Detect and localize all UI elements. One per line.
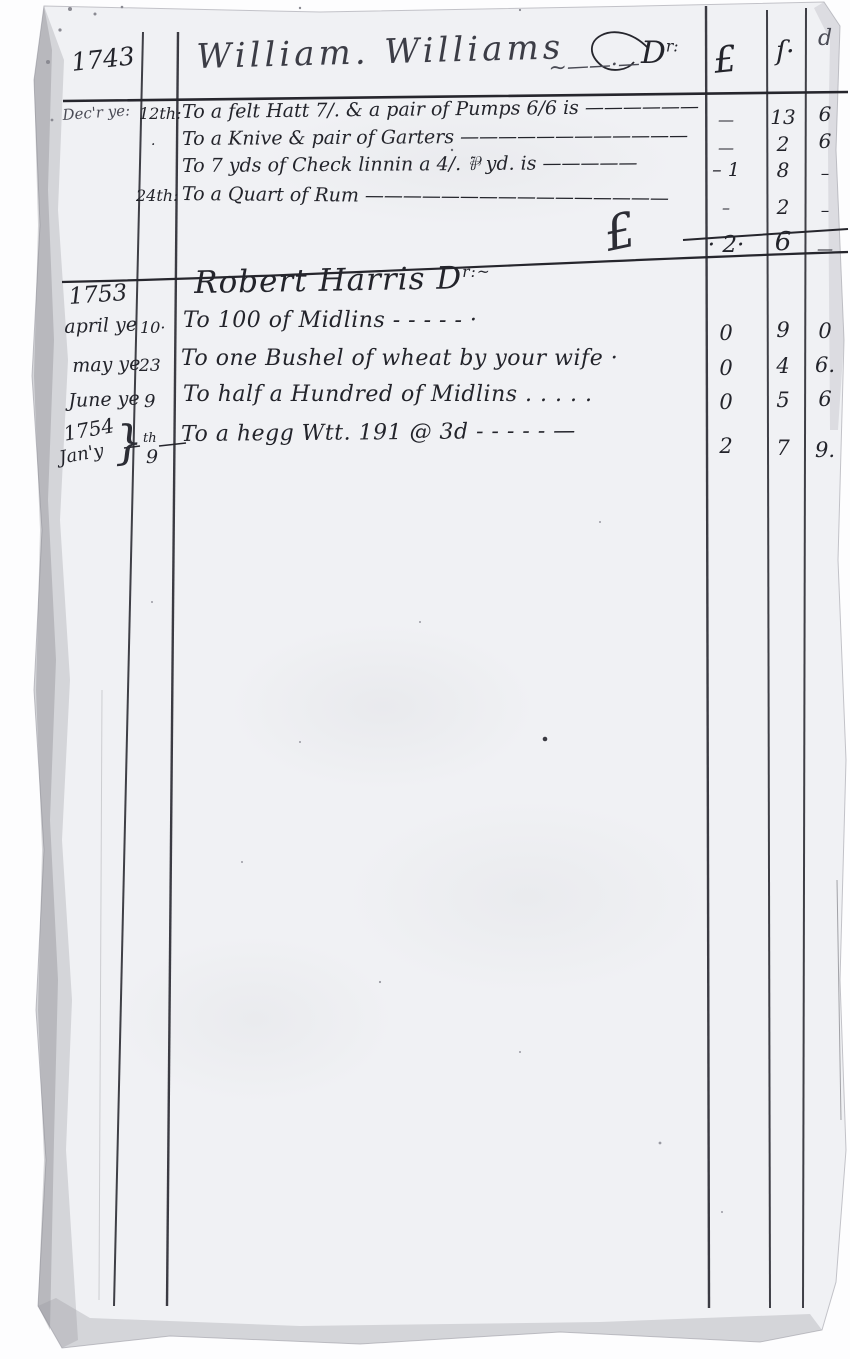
entry-month: Dec'r ye:: [62, 103, 131, 123]
header-year: 1743: [70, 43, 136, 75]
entry-desc: To 7 yds of Check linnin a 4/. ⅌ yd. is …: [182, 154, 638, 176]
entry-pence: 0: [802, 321, 848, 342]
entry-pounds: –: [700, 200, 752, 216]
entry-day-sup: th: [143, 432, 157, 445]
entry-desc: To a hegg Wtt. 191 @ 3d - - - - - —: [181, 421, 576, 446]
section-year: 1753: [68, 282, 128, 309]
total-pounds: · 2·: [700, 234, 752, 257]
entry-shillings: 7: [764, 438, 802, 459]
entry-desc: To half a Hundred of Midlins . . . . .: [183, 384, 592, 406]
entry-desc: To a felt Hatt 7/. & a pair of Pumps 6/6…: [182, 98, 699, 122]
section-title-sup: r:~: [462, 262, 491, 280]
entry-day: 23: [139, 358, 161, 375]
entry-day: 9: [144, 393, 155, 411]
entry-shillings: 5: [764, 390, 802, 411]
entry-shillings: 4: [764, 356, 802, 377]
entry-month: Jan'y: [58, 442, 105, 467]
entry-pence: 6: [802, 389, 848, 410]
entry-desc: To one Bushel of wheat by your wife ·: [181, 348, 618, 370]
handwriting-layer: 1743 William. Williams ~——·— Dr: £ ſ· d …: [0, 0, 850, 1359]
entry-pence: 9.: [802, 440, 848, 461]
account-name: William. Williams: [196, 30, 565, 74]
ledger-page: 1743 William. Williams ~——·— Dr: £ ſ· d …: [0, 0, 850, 1359]
entry-shillings: 2: [764, 134, 802, 154]
entry-pounds: 0: [700, 323, 752, 344]
column-header-pounds: £: [712, 42, 739, 80]
entry-day: 12th:: [139, 106, 181, 122]
entry-month: april ye: [64, 315, 137, 337]
entry-shillings: 8: [764, 160, 802, 180]
total-shillings: 6: [764, 229, 802, 255]
entry-shillings: 13: [764, 107, 802, 127]
entry-day: ·: [151, 138, 155, 152]
total-pence: —: [802, 241, 848, 257]
entry-month: may ye: [72, 355, 141, 376]
entry-shillings: 2: [764, 197, 802, 217]
entry-day: 9: [146, 448, 158, 467]
entry-desc: To a Knive & pair of Garters ———————————…: [182, 126, 688, 149]
entry-pence: 6: [802, 131, 848, 151]
pound-total-symbol: £: [600, 206, 640, 259]
entry-desc: To 100 of Midlins - - - - - ·: [183, 310, 477, 332]
header-flourish: ~——·—: [548, 53, 640, 80]
entry-day: 24th:: [136, 188, 178, 204]
entry-pounds: —: [700, 112, 752, 128]
dr-sup: r:: [666, 38, 679, 56]
entry-pence: 6: [802, 104, 848, 124]
entry-brace: }: [112, 418, 144, 466]
section-title-main: Robert Harris D: [194, 260, 463, 301]
column-header-shillings: ſ·: [776, 38, 795, 65]
header-dr-label: Dr:: [641, 38, 679, 69]
entry-pence: 6.: [802, 355, 848, 376]
entry-month-year: 1754: [62, 415, 116, 444]
entry-pence: –: [802, 203, 848, 220]
entry-pounds: 0: [700, 392, 752, 413]
entry-desc: To a Quart of Rum ————————————————: [182, 185, 669, 208]
entry-pounds: —: [700, 140, 752, 156]
entry-pounds: 2: [700, 436, 752, 457]
entry-pence: –: [802, 166, 848, 183]
entry-month: June ye: [68, 390, 140, 411]
entry-pounds: – 1: [700, 161, 752, 180]
dr-main: D: [641, 35, 666, 71]
entry-shillings: 9: [764, 320, 802, 341]
entry-pounds: 0: [700, 358, 752, 379]
entry-day: 10·: [140, 320, 165, 336]
column-header-pence: d: [818, 28, 832, 50]
section-title: Robert Harris Dr:~: [194, 263, 491, 299]
